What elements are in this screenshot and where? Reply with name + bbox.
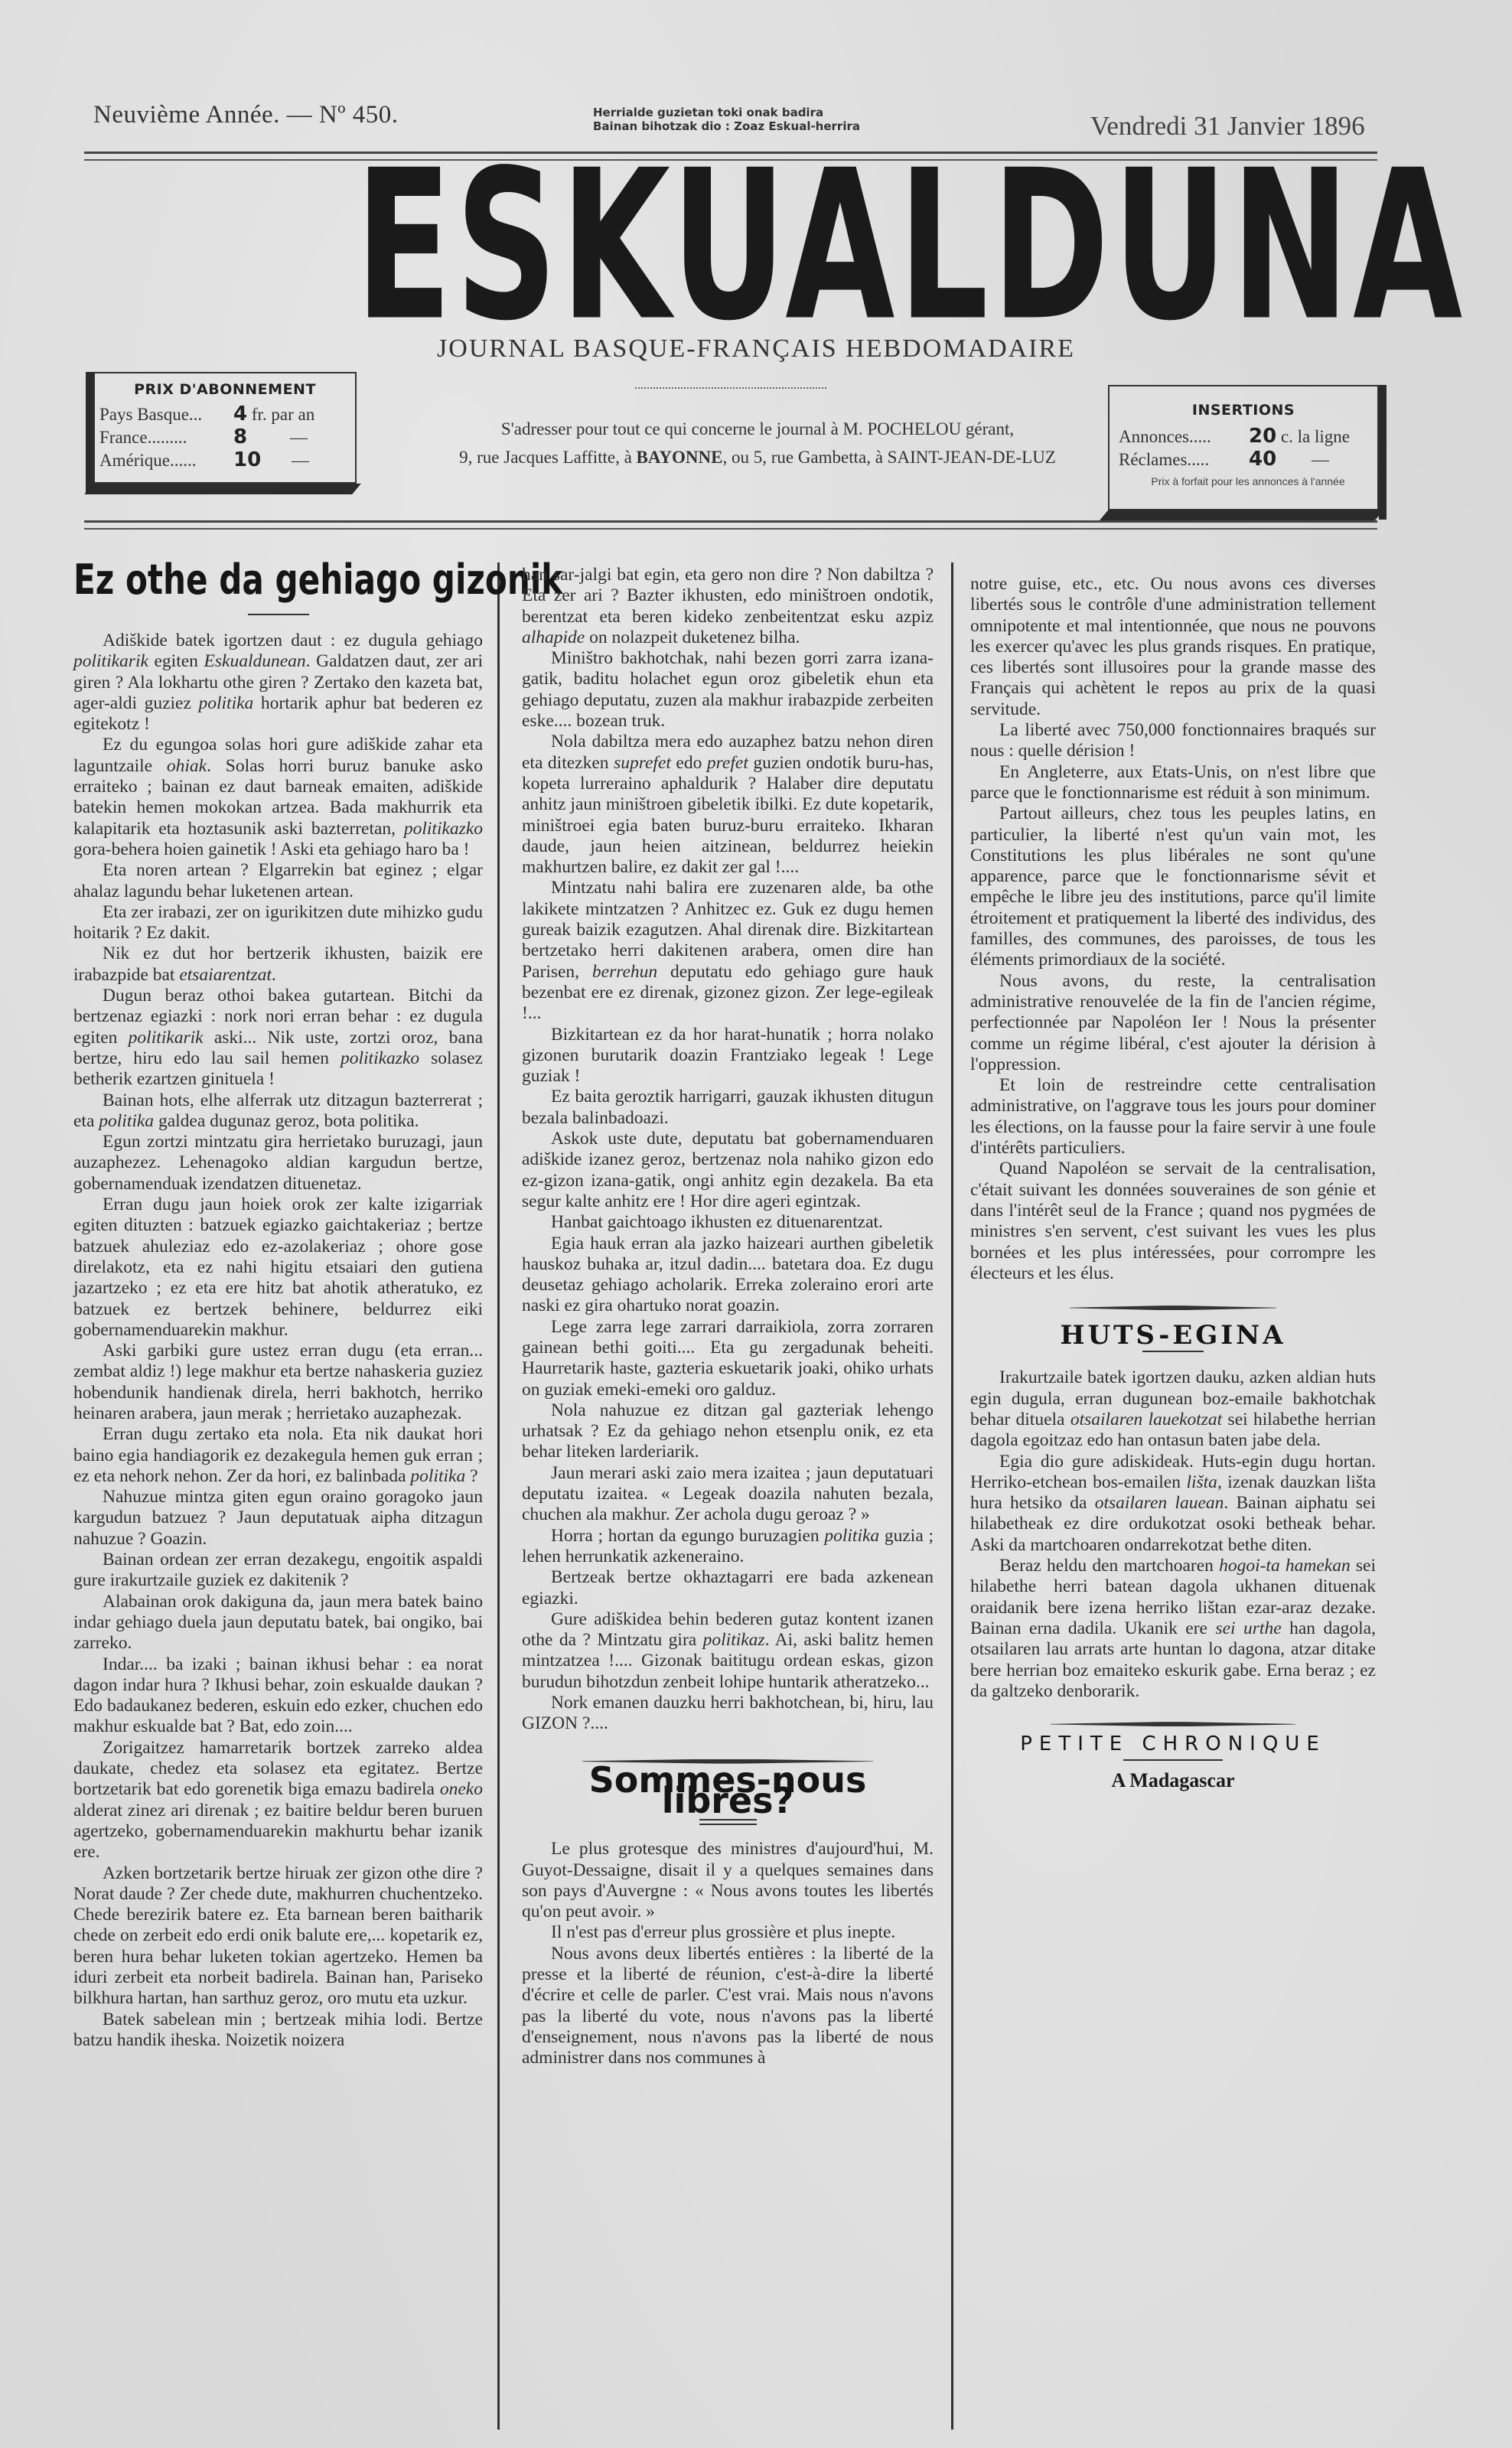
paragraph: Jaun merari aski zaio mera izaitea ; jau… (522, 1463, 934, 1526)
address-line-1: S'adresser pour tout ce qui concerne le … (375, 415, 1140, 443)
column-divider (497, 562, 500, 2430)
subscription-row: France.........8 — (99, 425, 355, 448)
paragraph: Le plus grotesque des ministres d'aujour… (522, 1839, 934, 1922)
paragraph: Egia hauk erran ala jazko haizeari aurth… (522, 1234, 934, 1317)
paragraph: Zorigaitzez hamarretarik bortzek zarreko… (73, 1738, 483, 1863)
paragraph: Ez baita geroztik harrigarri, gauzak ikh… (522, 1087, 934, 1129)
article-title: Sommes-nous libres? (522, 1770, 934, 1812)
paragraph: Nola dabiltza mera edo auzaphez batzu ne… (522, 732, 934, 878)
paragraph: Batek sabelean min ; bertzeak mihia lodi… (73, 2010, 483, 2052)
column-divider (951, 562, 953, 2430)
paragraph: Bainan ordean zer erran dezakegu, engoit… (73, 1550, 483, 1592)
paragraph: Hanbat gaichtoago ikhusten ez dituenaren… (522, 1212, 934, 1233)
article-body-continued: notre guise, etc., etc. Ou nous avons ce… (970, 574, 1376, 1284)
insertions-note: Prix à forfait pour les annonces à l'ann… (1119, 475, 1377, 487)
subscription-box: PRIX D'ABONNEMENT Pays Basque...4 fr. pa… (93, 372, 357, 484)
subscription-row: Pays Basque...4 fr. par an (99, 403, 355, 425)
section-title: HUTS-EGINA (970, 1325, 1376, 1346)
masthead-bottom-rule (84, 520, 1377, 523)
column-2: han sar-jalgi bat egin, eta gero non dir… (522, 565, 934, 2068)
paragraph: han sar-jalgi bat egin, eta gero non dir… (522, 565, 934, 648)
paragraph: Nahuzue mintza giten egun oraino goragok… (73, 1487, 483, 1550)
paragraph: Bizkitartean ez da hor harat-hunatik ; h… (522, 1025, 934, 1087)
paragraph: Beraz heldu den martchoaren hogoi-ta ham… (970, 1556, 1376, 1702)
insertions-title: INSERTIONS (1110, 402, 1377, 419)
paragraph: La liberté avec 750,000 fonctionnaires b… (970, 720, 1376, 762)
motto-line-1: Herrialde guzietan toki onak badira (593, 106, 860, 119)
subscription-row: Amérique......10 — (99, 448, 355, 471)
paragraph: Irakurtzaile batek igortzen dauku, azken… (970, 1367, 1376, 1451)
paragraph: Nous avons deux libertés entières : la l… (522, 1944, 934, 2069)
address-line-2: 9, rue Jacques Laffitte, à BAYONNE, ou 5… (375, 443, 1140, 471)
paragraph: Indar.... ba izaki ; bainan ikhusi behar… (73, 1654, 483, 1738)
masthead-title: ESKUALDUNA (355, 157, 1114, 334)
ornament-rule (1051, 1722, 1295, 1726)
paragraph: Partout ailleurs, chez tous les peuples … (970, 804, 1376, 970)
paragraph: Quand Napoléon se servait de la centrali… (970, 1159, 1376, 1284)
paragraph: Eta zer irabazi, zer on igurikitzen dute… (73, 902, 483, 944)
paragraph: Bertzeak bertze okhaztagarri ere bada az… (522, 1567, 934, 1609)
paragraph: Nork emanen dauzku herri bakhotchean, bi… (522, 1693, 934, 1735)
issue-number: Neuvième Année. — Nº 450. (93, 101, 398, 129)
paragraph: Egia dio gure adiskideak. Huts-egin dugu… (970, 1452, 1376, 1556)
paragraph: Alabainan orok dakiguna da, jaun mera ba… (73, 1592, 483, 1654)
paragraph: Et loin de restreindre cette centralisat… (970, 1075, 1376, 1159)
article-body-continued: han sar-jalgi bat egin, eta gero non dir… (522, 565, 934, 1735)
column-1: Ez othe da gehiago gizonik Adiškide bate… (73, 551, 483, 2051)
article-title: Ez othe da gehiago gizonik (73, 557, 393, 603)
paragraph: Erran dugu jaun hoiek orok zer kalte izi… (73, 1195, 483, 1341)
paragraph: Mintzatu nahi balira ere zuzenaren alde,… (522, 878, 934, 1024)
paragraph: Horra ; hortan da egungo buruzagien poli… (522, 1526, 934, 1568)
article-body: Adiškide batek igortzen daut : ez dugula… (73, 631, 483, 2051)
article-body: Le plus grotesque des ministres d'aujour… (522, 1839, 934, 2068)
paragraph: Azken bortzetarik bertze hiruak zer gizo… (73, 1863, 483, 2010)
title-rule (699, 1824, 757, 1825)
paragraph: En Angleterre, aux Etats-Unis, on n'est … (970, 762, 1376, 804)
title-rule (248, 614, 309, 615)
paragraph: Eta noren artean ? Elgarrekin bat eginez… (73, 860, 483, 902)
paragraph: Miništro bakhotchak, nahi bezen gorri za… (522, 648, 934, 732)
article-body: Irakurtzaile batek igortzen dauku, azken… (970, 1367, 1376, 1702)
paragraph: Nous avons, du reste, la centralisation … (970, 971, 1376, 1075)
paragraph: Bainan hots, elhe alferrak utz ditzagun … (73, 1090, 483, 1133)
title-rule (1123, 1759, 1223, 1761)
insertions-row: Réclames.....40 — (1119, 448, 1377, 471)
article-title: A Madagascar (970, 1770, 1376, 1791)
paragraph: Il n'est pas d'erreur plus grossière et … (522, 1922, 934, 1943)
paragraph: Nik ez dut hor bertzerik ikhusten, baizi… (73, 944, 483, 986)
paragraph: Lege zarra lege zarrari darraikiola, zor… (522, 1317, 934, 1400)
paragraph: Nola nahuzue ez ditzan gal gazteriak leh… (522, 1400, 934, 1463)
paragraph: Dugun beraz othoi bakea gutartean. Bitch… (73, 986, 483, 1090)
paragraph: Askok uste dute, deputatu bat gobernamen… (522, 1129, 934, 1212)
paragraph: Erran dugu zertako eta nola. Eta nik dau… (73, 1424, 483, 1487)
paragraph: Gure adiškidea behin bederen gutaz konte… (522, 1609, 934, 1693)
contact-address: S'adresser pour tout ce qui concerne le … (375, 415, 1140, 471)
title-rule (1142, 1351, 1204, 1352)
paragraph: Ez du egungoa solas hori gure adiškide z… (73, 735, 483, 860)
insertions-box: INSERTIONS Annonces.....20 c. la ligne R… (1108, 385, 1379, 510)
ornament-divider (635, 387, 826, 392)
ornament-rule (1070, 1305, 1276, 1310)
paragraph: Egun zortzi mintzatu gira herrietako bur… (73, 1132, 483, 1195)
newspaper-page: Neuvième Année. — Nº 450. Herrialde guzi… (0, 0, 1512, 2448)
paragraph: Adiškide batek igortzen daut : ez dugula… (73, 631, 483, 735)
paragraph: notre guise, etc., etc. Ou nous avons ce… (970, 574, 1376, 720)
insertions-row: Annonces.....20 c. la ligne (1119, 425, 1377, 448)
masthead-subtitle: JOURNAL BASQUE-FRANÇAIS HEBDOMADAIRE (0, 334, 1512, 363)
section-title: PETITE CHRONIQUE (970, 1734, 1376, 1755)
subscription-title: PRIX D'ABONNEMENT (95, 381, 355, 398)
column-3: notre guise, etc., etc. Ou nous avons ce… (970, 574, 1376, 1798)
paragraph: Aski garbiki gure ustez erran dugu (eta … (73, 1341, 483, 1424)
